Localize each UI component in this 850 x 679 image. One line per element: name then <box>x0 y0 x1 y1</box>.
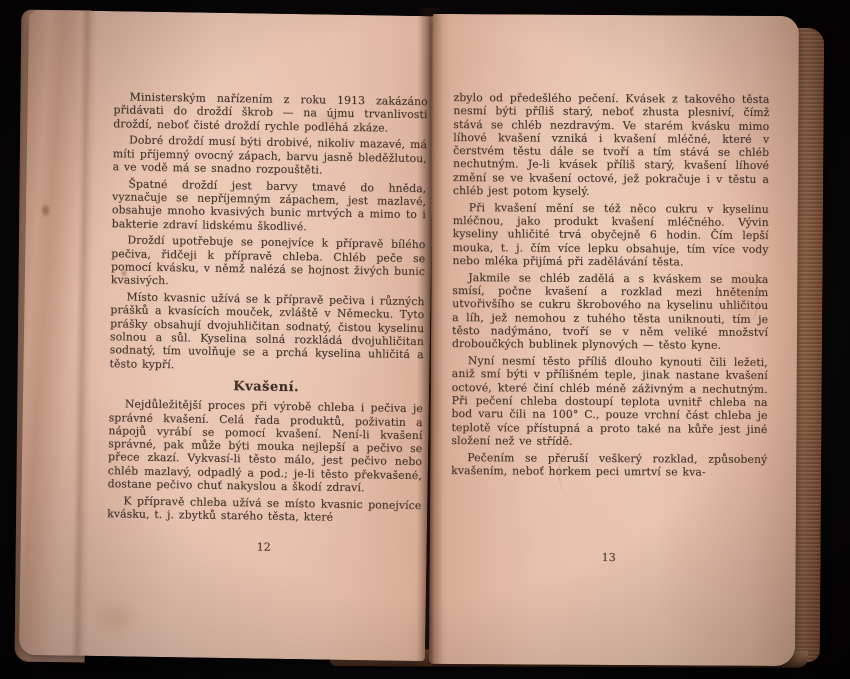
left-page-text: Ministerským nařízením z roku 1913 zakáz… <box>107 90 428 529</box>
paragraph: Droždí upotřebuje se ponejvíce k příprav… <box>111 234 426 292</box>
paragraph: Při kvašení mění se též něco cukru v kys… <box>452 201 768 269</box>
section-heading-kvaseni: Kvašení. <box>109 378 423 396</box>
paragraph: K přípravě chleba užívá se místo kvasnic… <box>107 494 421 526</box>
paragraph: Jakmile se chléb zadělá a s kváskem se m… <box>452 271 768 353</box>
page-number-right: 13 <box>451 550 767 565</box>
book-page-right: zbylo od předešlého pečení. Kvásek z tak… <box>429 14 799 666</box>
paragraph: Špatné droždí jest barvy tmavé do hněda,… <box>112 177 427 235</box>
paragraph: Místo kvasnic užívá se k přípravě pečiva… <box>109 290 424 375</box>
paragraph: Nejdůležitější proces při výrobě chleba … <box>108 397 423 495</box>
paragraph: Dobré droždí musí býti drobivé, nikoliv … <box>113 134 428 179</box>
paragraph: Pečením se přeruší veškerý rozklad, způs… <box>451 451 767 480</box>
paragraph: zbylo od předešlého pečení. Kvásek z tak… <box>453 91 770 199</box>
book-photo: Ministerským nařízením z roku 1913 zakáz… <box>0 0 850 679</box>
paragraph: Nyní nesmí těsto příliš dlouho kynouti č… <box>451 354 768 449</box>
paragraph: Ministerským nařízením z roku 1913 zakáz… <box>113 90 428 135</box>
paper-stain <box>89 599 142 638</box>
page-number-left: 12 <box>107 538 421 556</box>
book-page-left: Ministerským nařízením z roku 1913 zakáz… <box>19 10 435 661</box>
right-page-text: zbylo od předešlého pečení. Kvásek z tak… <box>451 91 769 483</box>
